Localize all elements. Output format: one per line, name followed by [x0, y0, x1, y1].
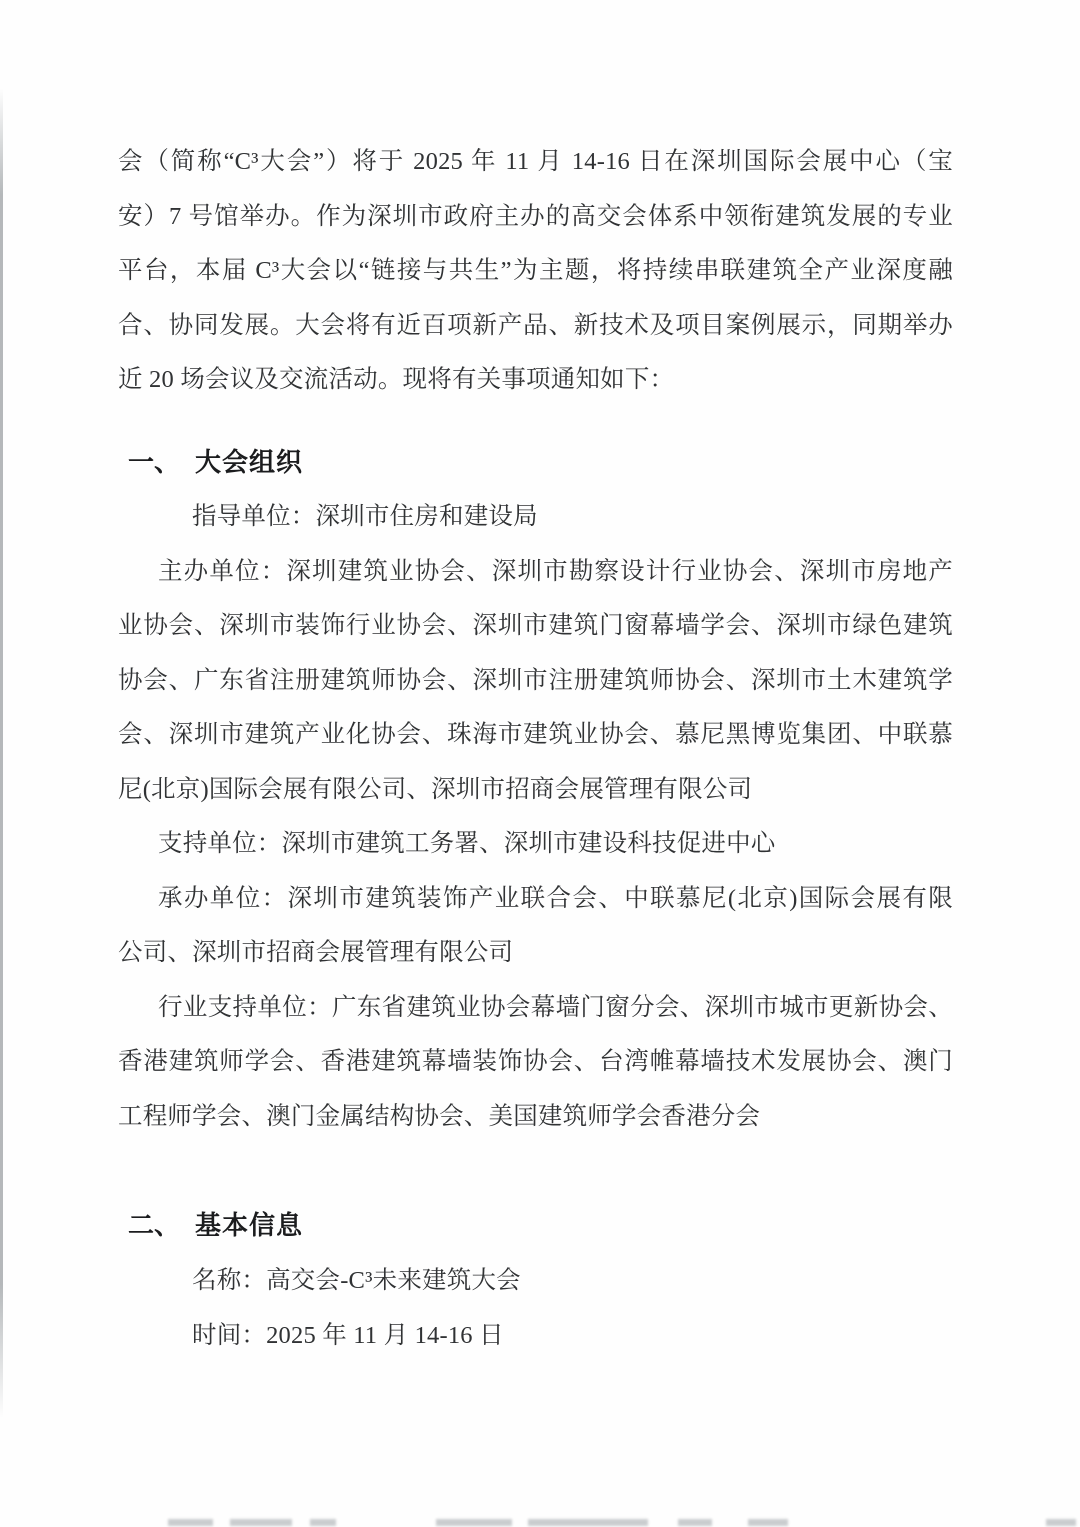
section-number: 一、 [128, 448, 180, 477]
page-bottom-cutoff-text [0, 1519, 1080, 1526]
section-title: 基本信息 [195, 1211, 303, 1240]
section-1-body: 指导单位：深圳市住房和建设局 主办单位：深圳建筑业协会、深圳市勘察设计行业协会、… [118, 490, 953, 1144]
scanner-page-edge-line [0, 88, 3, 1418]
cutoff-text-fragment [678, 1519, 712, 1526]
section-2-heading: 二、基本信息 [128, 1199, 963, 1254]
cutoff-text-fragment [230, 1519, 292, 1526]
body-line: 主办单位：深圳建筑业协会、深圳市勘察设计行业协会、深圳市房地产 [118, 545, 953, 600]
section-title: 大会组织 [195, 448, 303, 477]
cutoff-text-fragment [168, 1519, 213, 1526]
cutoff-text-fragment [310, 1519, 336, 1526]
cutoff-text-fragment [436, 1519, 512, 1526]
cutoff-text-fragment [1046, 1519, 1076, 1526]
document-page: 会（简称“C³大会”）将于 2025 年 11 月 14-16 日在深圳国际会展… [0, 0, 1080, 1527]
body-line: 公司、深圳市招商会展管理有限公司 [118, 926, 953, 981]
intro-paragraph: 会（简称“C³大会”）将于 2025 年 11 月 14-16 日在深圳国际会展… [118, 135, 953, 408]
body-line: 会、深圳市建筑产业化协会、珠海市建筑业协会、慕尼黑博览集团、中联慕 [118, 708, 953, 763]
cutoff-text-fragment [748, 1519, 788, 1526]
body-line: 承办单位：深圳市建筑装饰产业联合会、中联慕尼(北京)国际会展有限 [118, 872, 953, 927]
body-line: 业协会、深圳市装饰行业协会、深圳市建筑门窗幕墙学会、深圳市绿色建筑 [118, 599, 953, 654]
body-line: 香港建筑师学会、香港建筑幕墙装饰协会、台湾帷幕墙技术发展协会、澳门 [118, 1035, 953, 1090]
body-line: 平台，本届 C³大会以“链接与共生”为主题，将持续串联建筑全产业深度融 [118, 244, 953, 299]
body-line: 合、协同发展。大会将有近百项新产品、新技术及项目案例展示，同期举办 [118, 299, 953, 354]
body-line: 协会、广东省注册建筑师协会、深圳市注册建筑师协会、深圳市土木建筑学 [118, 654, 953, 709]
body-line: 尼(北京)国际会展有限公司、深圳市招商会展管理有限公司 [118, 763, 953, 818]
section-number: 二、 [128, 1211, 180, 1240]
body-line: 行业支持单位：广东省建筑业协会幕墙门窗分会、深圳市城市更新协会、 [118, 981, 953, 1036]
body-line: 近 20 场会议及交流活动。现将有关事项通知如下： [118, 353, 953, 408]
cutoff-text-fragment [528, 1519, 648, 1526]
body-line: 指导单位：深圳市住房和建设局 [118, 490, 953, 545]
body-line: 名称：高交会-C³未来建筑大会 [118, 1254, 953, 1309]
body-line: 安）7 号馆举办。作为深圳市政府主办的高交会体系中领衔建筑发展的专业 [118, 190, 953, 245]
body-line: 工程师学会、澳门金属结构协会、美国建筑师学会香港分会 [118, 1090, 953, 1145]
body-line: 支持单位：深圳市建筑工务署、深圳市建设科技促进中心 [118, 817, 953, 872]
section-1-heading: 一、大会组织 [128, 436, 963, 491]
body-line: 时间：2025 年 11 月 14-16 日 [118, 1309, 953, 1364]
section-2-body: 名称：高交会-C³未来建筑大会 时间：2025 年 11 月 14-16 日 [118, 1254, 953, 1363]
body-line: 会（简称“C³大会”）将于 2025 年 11 月 14-16 日在深圳国际会展… [118, 135, 953, 190]
